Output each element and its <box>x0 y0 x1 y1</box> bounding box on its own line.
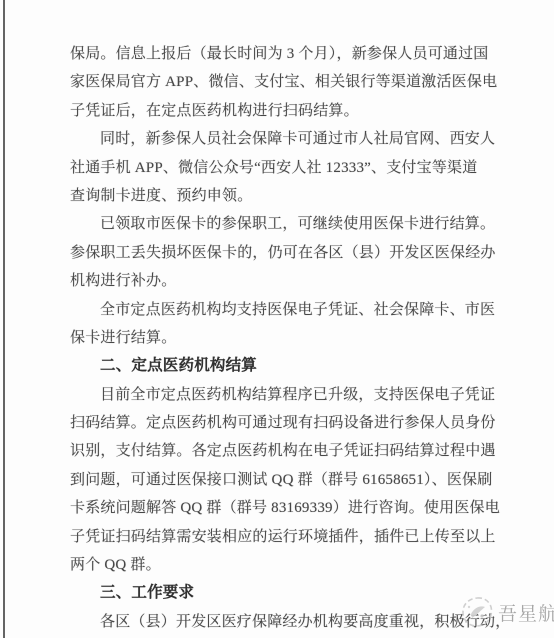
text-line: 识别，支付结算。各定点医药机构在电子凭证扫码结算过程中遇 <box>70 437 500 465</box>
watermark: 吾星航 <box>459 594 554 630</box>
text-line: 全市定点医药机构均支持医保电子凭证、社会保障卡、市医 <box>70 296 500 324</box>
text-line: 保卡进行结算。 <box>70 324 500 352</box>
text-line: 机构进行补办。 <box>70 267 500 295</box>
text-line: 社通手机 APP、微信公众号“西安人社 12333”、支付宝等渠道 <box>70 154 500 182</box>
text-line: 目前全市定点医药机构结算程序已升级，支持医保电子凭证 <box>70 381 500 409</box>
text-line: 家医保局官方 APP、微信、支付宝、相关银行等渠道激活医保电 <box>70 68 500 96</box>
watermark-label: 吾星航 <box>498 599 554 626</box>
text-line: 各区（县）开发区医疗保障经办机构要高度重视，积极行动， <box>70 608 500 636</box>
text-line: 查询制卡进度、预约申领。 <box>70 182 500 210</box>
text-line: 到问题，可通过医保接口测试 QQ 群（群号 61658651）、医保刷 <box>70 466 500 494</box>
document-lines: 保局。信息上报后（最长时间为 3 个月），新参保人员可通过国家医保局官方 APP… <box>70 40 500 636</box>
scanned-document-page: 保局。信息上报后（最长时间为 3 个月），新参保人员可通过国家医保局官方 APP… <box>0 0 554 638</box>
section-heading: 三、工作要求 <box>70 579 500 607</box>
scribble-logo-icon <box>459 594 495 630</box>
text-line: 子凭证扫码结算需安装相应的运行环境插件，插件已上传至以上 <box>70 523 500 551</box>
text-line: 子凭证后，在定点医药机构进行扫码结算。 <box>70 97 500 125</box>
text-line: 参保职工丢失损坏医保卡的，仍可在各区（县）开发区医保经办 <box>70 239 500 267</box>
text-line: 卡系统问题解答 QQ 群（群号 83169339）进行咨询。使用医保电 <box>70 494 500 522</box>
page-edge-line <box>3 0 5 638</box>
text-line: 已领取市医保卡的参保职工，可继续使用医保卡进行结算。 <box>70 210 500 238</box>
text-line: 保局。信息上报后（最长时间为 3 个月），新参保人员可通过国 <box>70 40 500 68</box>
text-line: 同时，新参保人员社会保障卡可通过市人社局官网、西安人 <box>70 125 500 153</box>
text-line: 扫码结算。定点医药机构可通过现有扫码设备进行参保人员身份 <box>70 409 500 437</box>
section-heading: 二、定点医药机构结算 <box>70 352 500 380</box>
text-line: 两个 QQ 群。 <box>70 551 500 579</box>
